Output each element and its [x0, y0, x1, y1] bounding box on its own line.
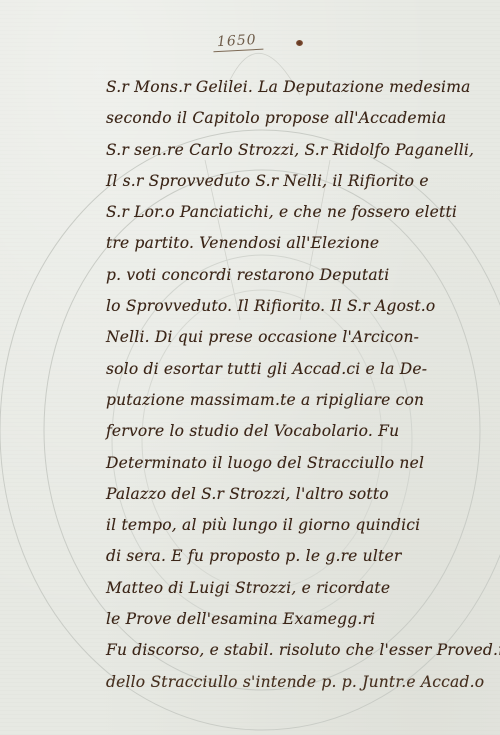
- folio-number: 1650: [213, 32, 264, 53]
- manuscript-line: secondo il Capitolo propose all'Accademi…: [106, 103, 458, 134]
- manuscript-line: il tempo, al più lungo il giorno quindic…: [106, 510, 458, 541]
- manuscript-line: Il s.r Sprovveduto S.r Nelli, il Rifiori…: [106, 166, 458, 197]
- manuscript-line: Matteo di Luigi Strozzi, e ricordate: [106, 573, 458, 604]
- manuscript-line: Determinato il luogo del Stracciullo nel: [106, 448, 458, 479]
- manuscript-line: tre partito. Venendosi all'Elezione: [106, 228, 458, 259]
- manuscript-line: Nelli. Di qui prese occasione l'Arcicon-: [106, 322, 458, 353]
- manuscript-line: S.r Lor.o Panciatichi, e che ne fossero …: [106, 197, 458, 228]
- manuscript-line: S.r Mons.r Gelilei. La Deputazione medes…: [106, 72, 458, 103]
- manuscript-line: fervore lo studio del Vocabolario. Fu: [106, 416, 458, 447]
- manuscript-line: putazione massimam.te a ripigliare con: [106, 385, 458, 416]
- manuscript-line: S.r sen.re Carlo Strozzi, S.r Ridolfo Pa…: [106, 135, 458, 166]
- manuscript-line: di sera. E fu proposto p. le g.re ulter: [106, 541, 458, 572]
- manuscript-line: solo di esortar tutti gli Accad.ci e la …: [106, 354, 458, 385]
- manuscript-line: lo Sprovveduto. Il Rifiorito. Il S.r Ago…: [106, 291, 458, 322]
- ink-stain: [296, 40, 303, 46]
- manuscript-line: dello Stracciullo s'intende p. p. Juntr.…: [106, 667, 458, 698]
- manuscript-line: le Prove dell'esamina Examegg.ri: [106, 604, 458, 635]
- manuscript-line: p. voti concordi restarono Deputati: [106, 260, 458, 291]
- manuscript-text: S.r Mons.r Gelilei. La Deputazione medes…: [106, 72, 458, 698]
- manuscript-page: 1650 S.r Mons.r Gelilei. La Deputazione …: [0, 0, 500, 735]
- manuscript-line: Palazzo del S.r Strozzi, l'altro sotto: [106, 479, 458, 510]
- manuscript-line: Fu discorso, e stabil. risoluto che l'es…: [106, 635, 458, 666]
